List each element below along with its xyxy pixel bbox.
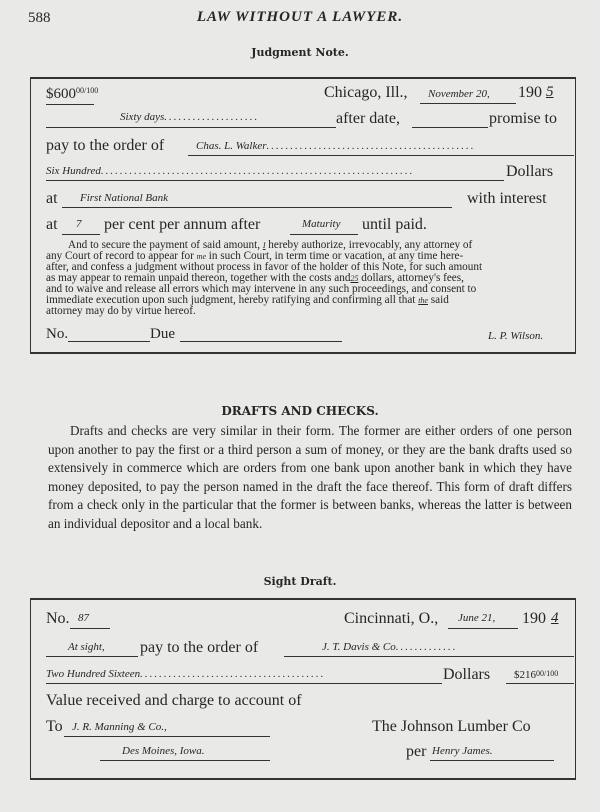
note-until-paid: until paid. — [362, 216, 427, 234]
draft-amount-words-value: Two Hundred Sixteen — [46, 668, 140, 680]
note-promisor-line — [412, 127, 488, 128]
draft-to-label: To — [46, 718, 63, 736]
note-amount: $60000/100 — [46, 86, 98, 103]
note-signature: L. P. Wilson. — [488, 330, 543, 342]
draft-amount-dollars: $216 — [514, 669, 536, 681]
draft-drawee-line — [64, 736, 270, 737]
clause-me-filled: me — [197, 252, 206, 261]
drafts-checks-paragraph: Drafts and checks are very similar in th… — [48, 422, 572, 534]
draft-drawee: J. R. Manning & Co., — [72, 721, 167, 733]
note-amount-words: Six Hundred.............................… — [46, 165, 414, 177]
note-amount-words-value: Six Hundred — [46, 165, 101, 177]
running-title: LAW WITHOUT A LAWYER. — [0, 9, 600, 26]
draft-per-label: per — [406, 743, 426, 761]
drafts-checks-heading: DRAFTS AND CHECKS. — [0, 404, 600, 418]
note-date: November 20, — [428, 88, 490, 100]
clause-text: said — [431, 294, 449, 306]
draft-year-prefix: 190 — [522, 610, 546, 628]
clause-line-7: attorney may do by virtue hereof. — [46, 306, 196, 317]
note-dollars-label: Dollars — [506, 163, 553, 181]
draft-place: Cincinnati, O., — [344, 610, 438, 628]
note-term-line — [46, 127, 336, 128]
draft-drawee-city-line — [100, 760, 270, 761]
draft-term: At sight, — [68, 641, 105, 653]
note-due-label: Due — [150, 326, 175, 343]
draft-payee: J. T. Davis & Co............. — [322, 641, 458, 653]
note-rate-at: at — [46, 216, 58, 234]
draft-amount: $21600/100 — [514, 669, 558, 681]
note-with-interest: with interest — [467, 190, 547, 208]
note-rate-line — [62, 234, 100, 235]
draft-no-line — [70, 628, 110, 629]
draft-signer: Henry James. — [432, 745, 492, 757]
note-year-filled: 5 — [546, 84, 554, 101]
draft-dollars-label: Dollars — [443, 666, 490, 684]
note-promise-to: promise to — [489, 110, 557, 128]
draft-amount-cents: 00/100 — [536, 669, 558, 678]
note-after-line — [290, 234, 358, 235]
note-amount-cents: 00/100 — [76, 86, 98, 95]
draft-pay-to-order: pay to the order of — [140, 639, 258, 657]
draft-signer-line — [430, 760, 554, 761]
note-after-date: after date, — [336, 110, 400, 128]
clause-fee-filled: 25 — [350, 274, 358, 283]
note-amount-dollars: $600 — [46, 86, 76, 102]
sight-draft-form — [30, 598, 576, 780]
note-payee-value: Chas. L. Walker — [196, 140, 267, 152]
note-no-label: No. — [46, 326, 68, 343]
sight-draft-title: Sight Draft. — [0, 575, 600, 588]
draft-amount-words: Two Hundred Sixteen.....................… — [46, 668, 325, 680]
draft-term-line — [46, 656, 138, 657]
judgment-note-title: Judgment Note. — [0, 46, 600, 59]
draft-amount-words-line — [46, 683, 442, 684]
note-payee: Chas. L. Walker.........................… — [196, 140, 476, 152]
note-payee-line — [188, 155, 574, 156]
clause-i-filled: I — [263, 241, 266, 250]
note-year-prefix: 190 — [518, 84, 542, 102]
draft-payee-line — [284, 656, 574, 657]
note-due-line — [180, 341, 342, 342]
note-bank: First National Bank — [80, 192, 168, 204]
draft-date: June 21, — [458, 612, 495, 624]
note-pay-to-order: pay to the order of — [46, 137, 164, 155]
note-date-line — [420, 103, 516, 104]
note-at-label: at — [46, 190, 58, 208]
note-place: Chicago, Ill., — [324, 84, 408, 102]
draft-amount-line — [506, 683, 574, 684]
note-bank-line — [62, 207, 452, 208]
draft-drawer: The Johnson Lumber Co — [372, 718, 531, 736]
draft-no-label: No. — [46, 610, 70, 628]
note-term-value: Sixty days — [120, 111, 164, 123]
draft-drawee-city: Des Moines, Iowa. — [122, 745, 205, 757]
note-rate: 7 — [76, 218, 82, 230]
draft-year-filled: 4 — [551, 610, 559, 627]
draft-date-line — [448, 628, 518, 629]
draft-no: 87 — [78, 612, 89, 624]
draft-value-received: Value received and charge to account of — [46, 692, 302, 710]
note-per-cent: per cent per annum after — [104, 216, 260, 234]
note-after: Maturity — [302, 218, 341, 230]
note-term: Sixty days.................... — [120, 111, 259, 123]
note-no-line — [68, 341, 150, 342]
note-amount-words-line — [46, 180, 504, 181]
draft-payee-value: J. T. Davis & Co — [322, 641, 396, 653]
clause-the-filled: the — [418, 296, 428, 305]
note-amount-underline — [46, 104, 94, 105]
